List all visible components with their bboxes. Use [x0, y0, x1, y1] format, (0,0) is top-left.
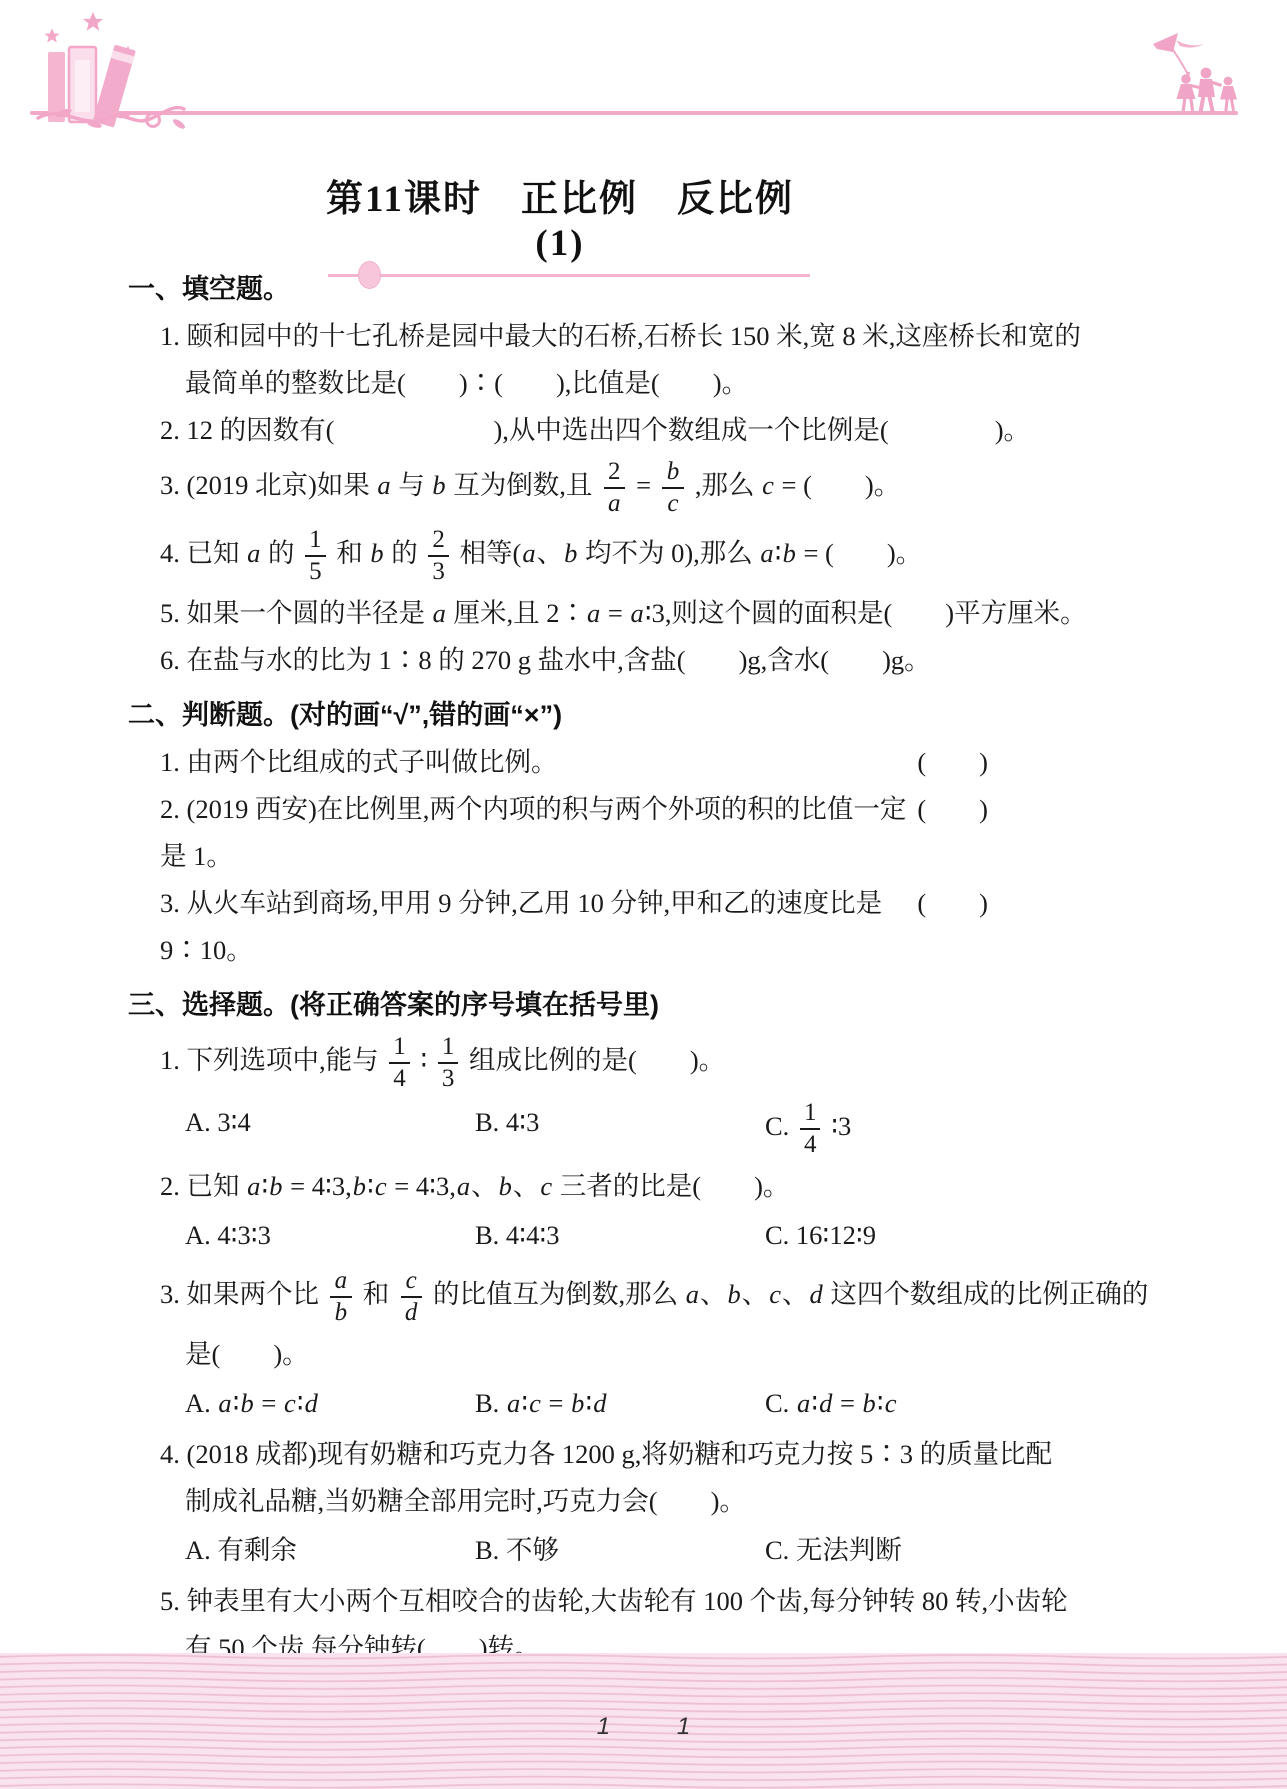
title-block: 第11课时 正比例 反比例(1)	[310, 168, 810, 277]
option-b: B. 不够	[475, 1527, 765, 1574]
section-multiple-choice: 三、选择题。(将正确答案的序号填在括号里) 1. 下列选项中,能与 14 ∶ 1…	[128, 982, 1163, 1721]
question-line: 是( )。	[128, 1331, 1163, 1378]
options-row: A. 有剩余 B. 不够 C. 无法判断	[128, 1527, 1163, 1574]
option-b: B. 4∶3	[475, 1099, 765, 1159]
question-line: 2. 已知 a∶b = 4∶3,b∶c = 4∶3,a、b、c 三者的比是( )…	[128, 1163, 1163, 1210]
page-numbers: 1 1	[0, 1713, 1287, 1741]
page-title: 第11课时 正比例 反比例(1)	[310, 168, 810, 265]
page-footer: 1 1	[0, 1653, 1287, 1789]
section-heading-fill: 一、填空题。	[128, 266, 1163, 313]
judge-row: 3. 从火车站到商场,甲用 9 分钟,乙用 10 分钟,甲和乙的速度比是 9∶1…	[128, 880, 988, 974]
option-c: C. 无法判断	[765, 1527, 1055, 1574]
question-line: 最简单的整数比是( )∶( ),比值是( )。	[128, 360, 1163, 407]
options-row: A. a∶b = c∶d B. a∶c = b∶d C. a∶d = b∶c	[128, 1380, 1163, 1427]
question-line: 1. 颐和园中的十七孔桥是园中最大的石桥,石桥长 150 米,宽 8 米,这座桥…	[128, 313, 1163, 360]
question-line: 3. (2019 北京)如果 a 与 b 互为倒数,且 2a = bc ,那么 …	[128, 454, 1163, 522]
judge-row: 2. (2019 西安)在比例里,两个内项的积与两个外项的积的比值一定是 1。 …	[128, 786, 988, 880]
question-line: 4. 已知 a 的 15 和 b 的 23 相等(a、b 均不为 0),那么 a…	[128, 522, 1163, 590]
option-a: A. 3∶4	[185, 1099, 475, 1159]
question-line: 制成礼品糖,当奶糖全部用完时,巧克力会( )。	[128, 1478, 1163, 1525]
answer-brackets: ( )	[917, 880, 988, 927]
question-line: 3. 如果两个比 ab 和 cd 的比值互为倒数,那么 a、b、c、d 这四个数…	[128, 1263, 1163, 1331]
question-line: 6. 在盐与水的比为 1∶8 的 270 g 盐水中,含盐( )g,含水( )g…	[128, 637, 1163, 684]
section-true-false: 二、判断题。(对的画“√”,错的画“×”) 1. 由两个比组成的式子叫做比例。 …	[128, 692, 1163, 974]
question-line: 2. (2019 西安)在比例里,两个内项的积与两个外项的积的比值一定是 1。	[128, 786, 917, 880]
question-line: 5. 钟表里有大小两个互相咬合的齿轮,大齿轮有 100 个齿,每分钟转 80 转…	[128, 1578, 1163, 1625]
options-row: A. 4∶3∶3 B. 4∶4∶3 C. 16∶12∶9	[128, 1212, 1163, 1259]
option-c: C. 16∶12∶9	[765, 1212, 1055, 1259]
option-a: A. a∶b = c∶d	[185, 1380, 475, 1427]
options-row: A. 3∶4 B. 4∶3 C. 14 ∶3	[128, 1099, 1163, 1159]
section-fill-blanks: 一、填空题。 1. 颐和园中的十七孔桥是园中最大的石桥,石桥长 150 米,宽 …	[128, 266, 1163, 684]
answer-brackets: ( )	[917, 786, 988, 833]
children-kite-icon	[1148, 28, 1244, 116]
judge-row: 1. 由两个比组成的式子叫做比例。 ( )	[128, 739, 988, 786]
question-line: 2. 12 的因数有( ),从中选出四个数组成一个比例是( )。	[128, 407, 1163, 454]
page-number-right: 1	[677, 1713, 690, 1741]
header-divider-line	[30, 111, 1238, 115]
question-line: 5. 如果一个圆的半径是 a 厘米,且 2∶a = a∶3,则这个圆的面积是( …	[128, 590, 1163, 637]
answer-brackets: ( )	[917, 739, 988, 786]
option-c: C. 14 ∶3	[765, 1099, 1055, 1159]
page-number-left: 1	[597, 1713, 610, 1741]
section-heading-judge: 二、判断题。(对的画“√”,错的画“×”)	[128, 692, 1163, 739]
question-line: 1. 由两个比组成的式子叫做比例。	[128, 739, 558, 786]
section-heading-choice: 三、选择题。(将正确答案的序号填在括号里)	[128, 982, 1163, 1029]
option-b: B. 4∶4∶3	[475, 1212, 765, 1259]
question-line: 3. 从火车站到商场,甲用 9 分钟,乙用 10 分钟,甲和乙的速度比是 9∶1…	[128, 880, 917, 974]
worksheet-body: 一、填空题。 1. 颐和园中的十七孔桥是园中最大的石桥,石桥长 150 米,宽 …	[128, 266, 1163, 1725]
option-b: B. a∶c = b∶d	[475, 1380, 765, 1427]
option-a: A. 有剩余	[185, 1527, 475, 1574]
option-c: C. a∶d = b∶c	[765, 1380, 1055, 1427]
question-line: 4. (2018 成都)现有奶糖和巧克力各 1200 g,将奶糖和巧克力按 5∶…	[128, 1431, 1163, 1478]
option-a: A. 4∶3∶3	[185, 1212, 475, 1259]
question-line: 1. 下列选项中,能与 14 ∶ 13 组成比例的是( )。	[128, 1029, 1163, 1097]
books-decoration-icon	[36, 12, 196, 134]
